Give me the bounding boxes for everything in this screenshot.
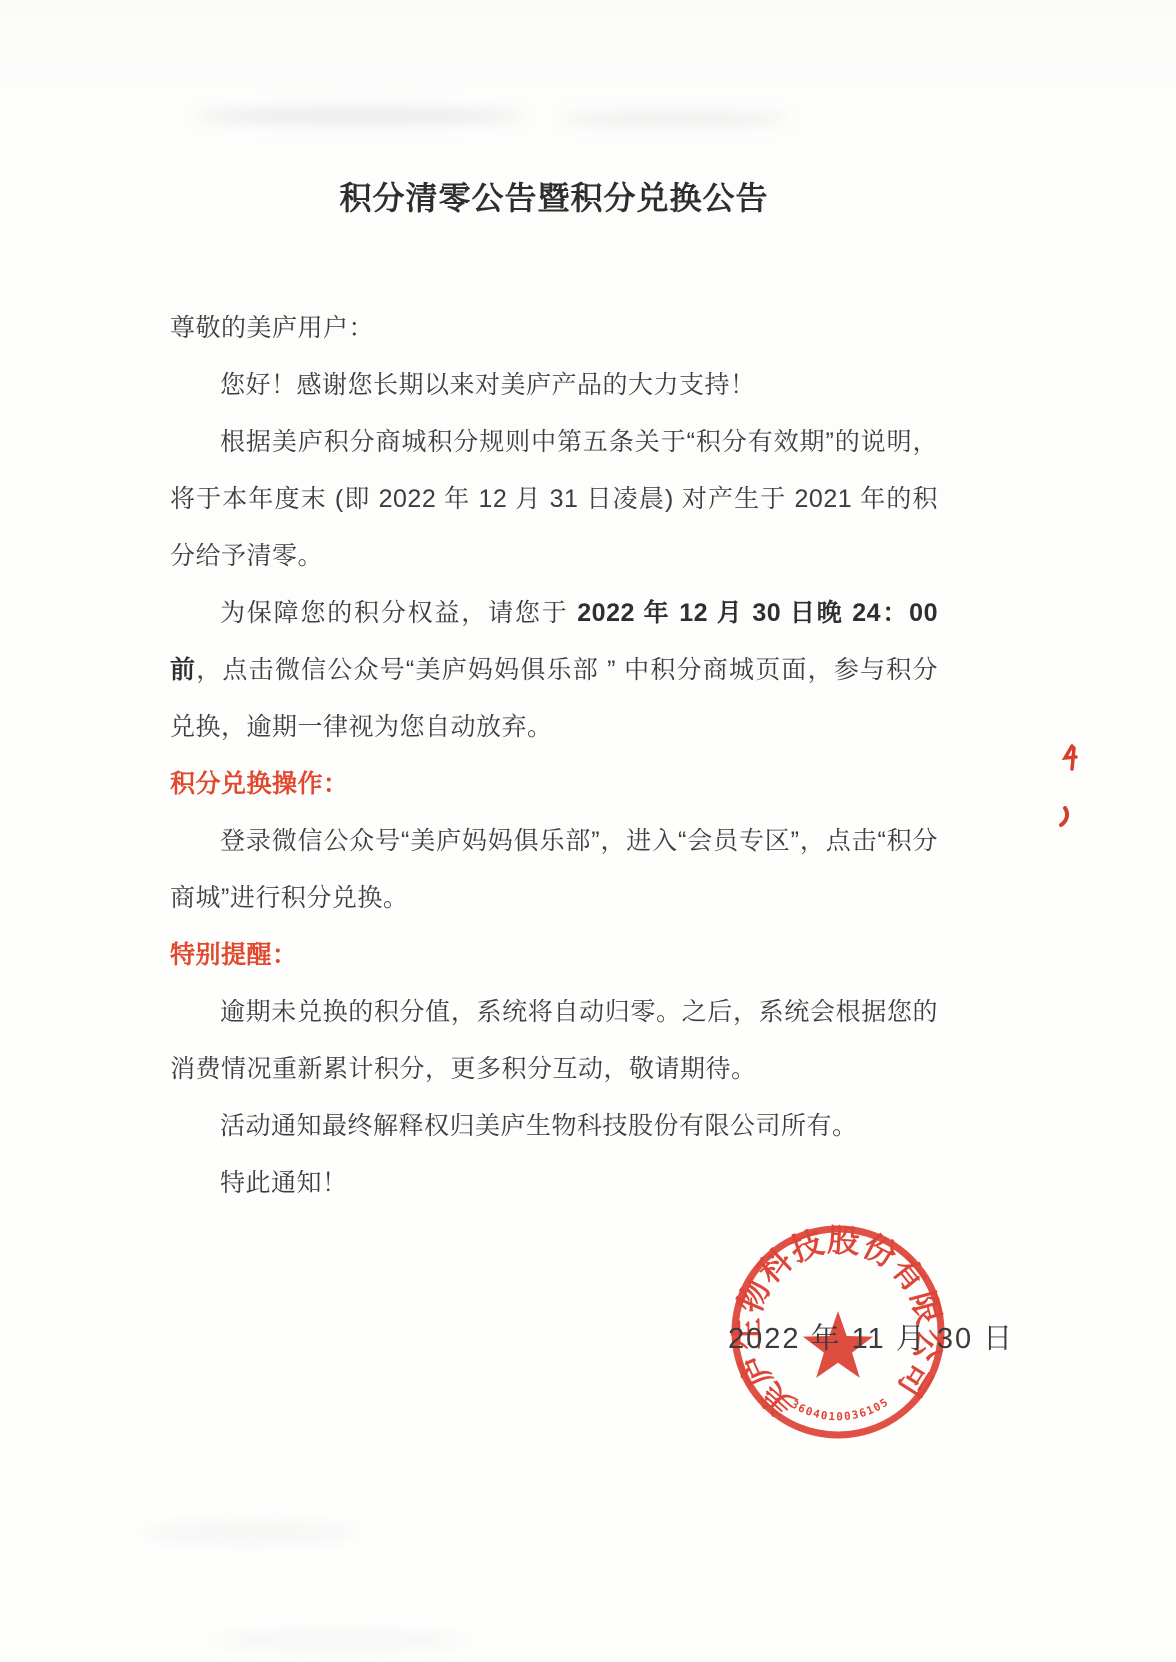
red-ink-mark-icon (1058, 806, 1072, 828)
paragraph-closing: 特此通知！ (170, 1155, 938, 1212)
deadline-text-pre: 为保障您的积分权益，请您于 (220, 599, 577, 627)
special-reminder-heading: 特别提醒： (170, 927, 938, 984)
scan-smudge (210, 1630, 470, 1650)
issue-date: 2022 年 11 月 30 日 (728, 1316, 1014, 1357)
scan-smudge (140, 1520, 360, 1546)
red-ink-mark-icon (1062, 744, 1084, 772)
paragraph-deadline: 为保障您的积分权益，请您于 2022 年 12 月 30 日晚 24：00 前，… (170, 585, 938, 756)
page-title: 积分清零公告暨积分兑换公告 (170, 178, 938, 218)
seal-serial-number: 3604010036105 (789, 1395, 892, 1423)
document-body: 积分清零公告暨积分兑换公告 尊敬的美庐用户： 您好！感谢您长期以来对美庐产品的大… (170, 0, 938, 1212)
scanned-page: 积分清零公告暨积分兑换公告 尊敬的美庐用户： 您好！感谢您长期以来对美庐产品的大… (0, 0, 1176, 1662)
paragraph-redeem-steps: 登录微信公众号“美庐妈妈俱乐部”，进入“会员专区”，点击“积分商城”进行积分兑换… (170, 813, 938, 927)
deadline-text-post: ，点击微信公众号“美庐妈妈俱乐部 ” 中积分商城页面，参与积分兑换，逾期一律视为… (170, 656, 938, 741)
paragraph-greeting: 您好！感谢您长期以来对美庐产品的大力支持！ (170, 357, 938, 414)
redeem-section-heading: 积分兑换操作： (170, 756, 938, 813)
paragraph-rule: 根据美庐积分商城积分规则中第五条关于“积分有效期”的说明，将于本年度末 (即 2… (170, 414, 938, 585)
paragraph-rights: 活动通知最终解释权归美庐生物科技股份有限公司所有。 (170, 1098, 938, 1155)
paragraph-special-note: 逾期未兑换的积分值，系统将自动归零。之后，系统会根据您的消费情况重新累计积分，更… (170, 984, 938, 1098)
salutation-line: 尊敬的美庐用户： (170, 300, 938, 357)
